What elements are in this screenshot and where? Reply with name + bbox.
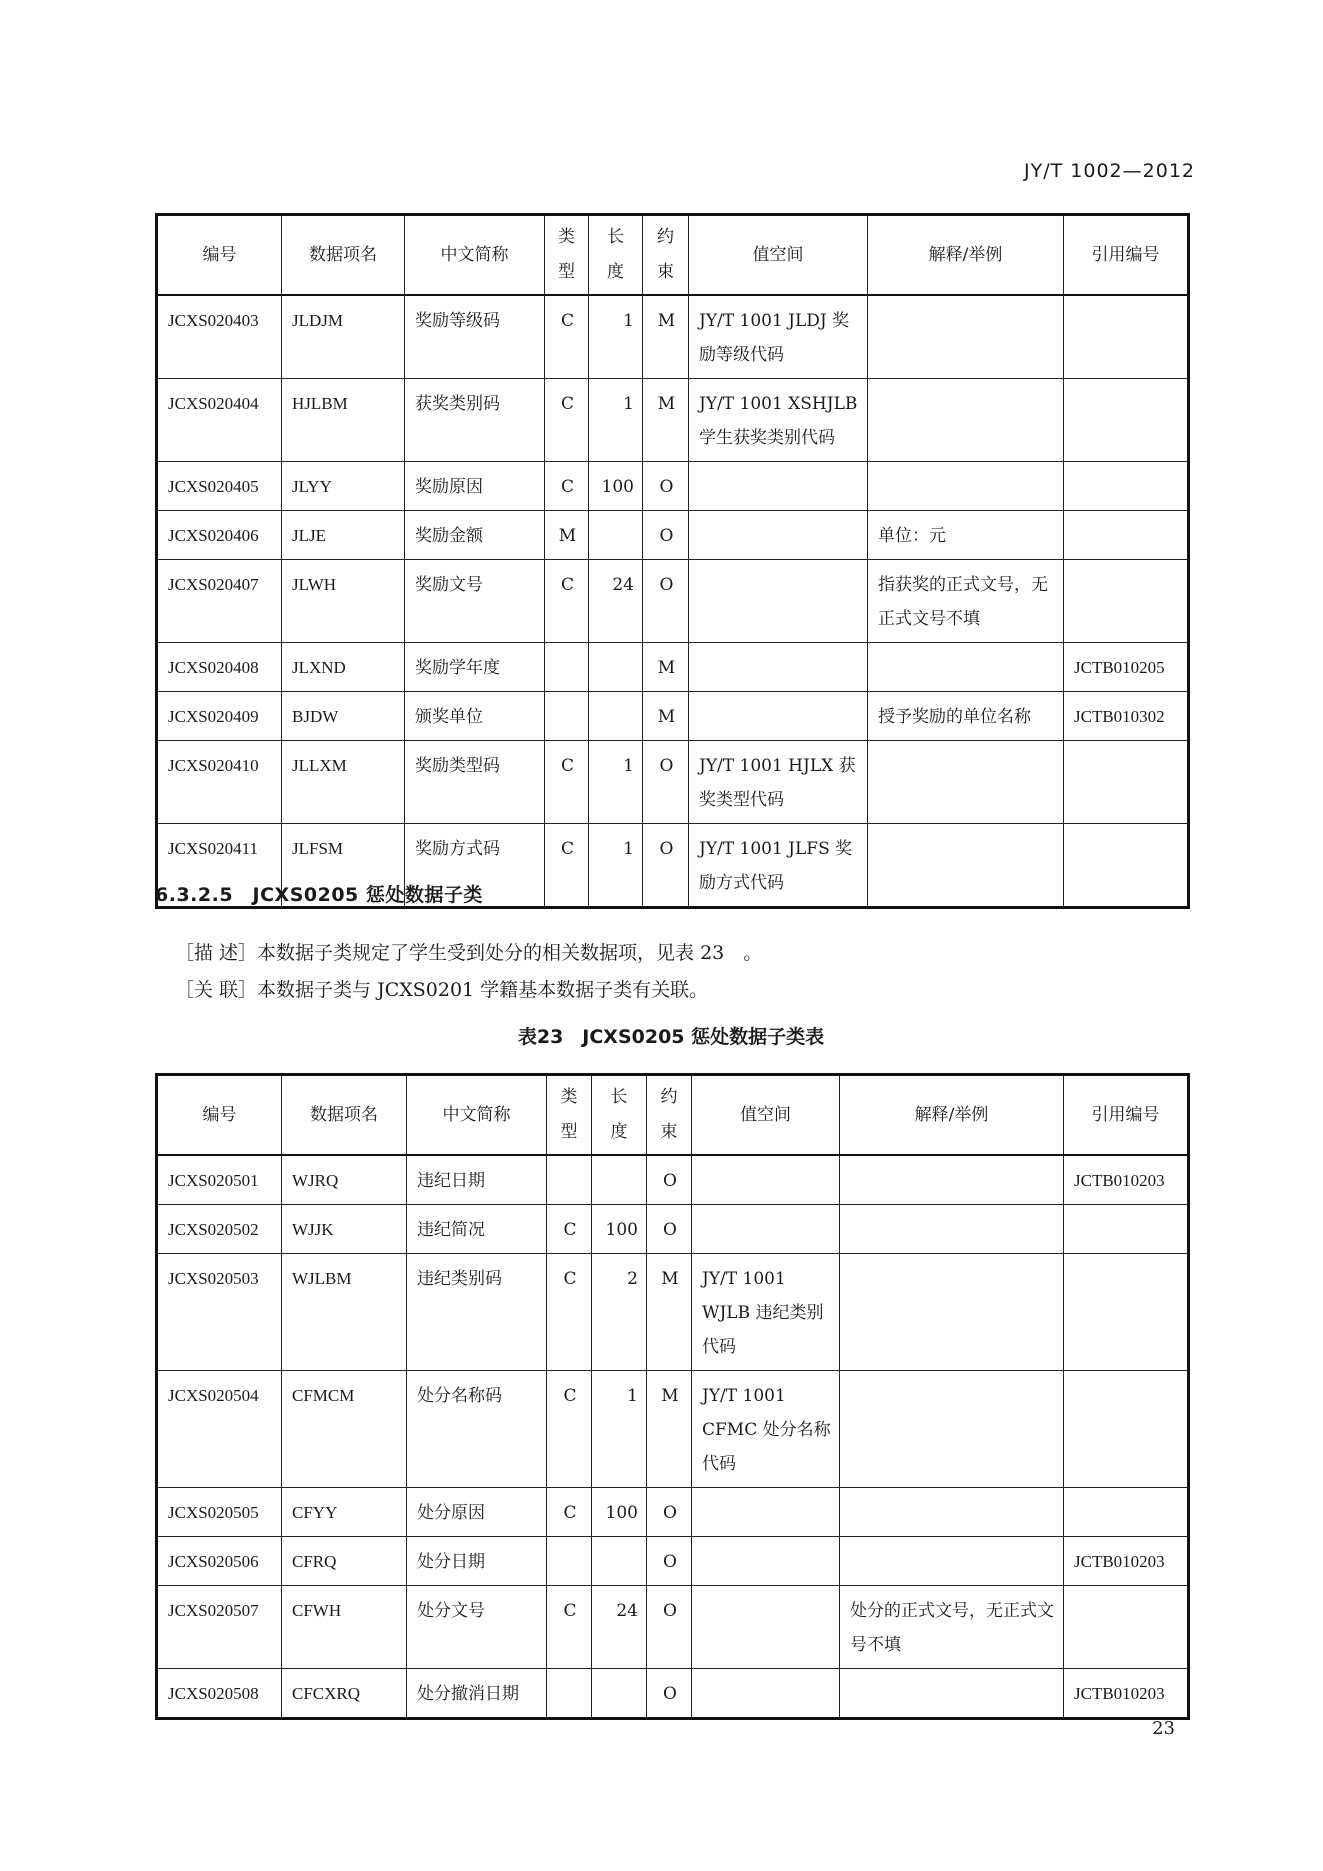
cell-cons: M: [643, 379, 689, 462]
col-header: 编号: [157, 1075, 282, 1156]
cell-name: WJLBM: [282, 1254, 407, 1371]
cell-cons: M: [647, 1371, 692, 1488]
cell-cons: M: [643, 295, 689, 379]
cell-cn: 处分撤消日期: [407, 1669, 547, 1719]
cell-name: CFMCM: [282, 1371, 407, 1488]
cell-value: [689, 560, 868, 643]
cell-value: [689, 511, 868, 560]
cell-value: [692, 1669, 840, 1719]
cell-id: JCXS020506: [157, 1537, 282, 1586]
cell-cn: 奖励等级码: [405, 295, 545, 379]
cell-type: C: [545, 560, 589, 643]
cell-note: [868, 741, 1064, 824]
cell-cons: O: [643, 511, 689, 560]
col-header: 引用编号: [1064, 215, 1189, 296]
cell-note: 授予奖励的单位名称: [868, 692, 1064, 741]
cell-id: JCXS020507: [157, 1586, 282, 1669]
col-header: 值空间: [692, 1075, 840, 1156]
cell-id: JCXS020406: [157, 511, 282, 560]
cell-ref: JCTB010302: [1064, 692, 1189, 741]
cell-value: JY/T 1001 WJLB 违纪类别代码: [692, 1254, 840, 1371]
cell-name: JLJE: [282, 511, 405, 560]
cell-len: 100: [589, 462, 643, 511]
cell-type: C: [545, 824, 589, 908]
cell-name: JLLXM: [282, 741, 405, 824]
cell-note: 指获奖的正式文号，无正式文号不填: [868, 560, 1064, 643]
table-row: JCXS020404HJLBM获奖类别码C1MJY/T 1001 XSHJLB …: [157, 379, 1189, 462]
cell-len: [589, 643, 643, 692]
cell-ref: [1064, 295, 1189, 379]
cell-value: JY/T 1001 CFMC 处分名称代码: [692, 1371, 840, 1488]
description-paragraph: ［描 述］本数据子类规定了学生受到处分的相关数据项，见表 23 。: [175, 938, 762, 965]
cell-type: C: [545, 741, 589, 824]
cell-cn: 处分日期: [407, 1537, 547, 1586]
cell-cons: M: [643, 643, 689, 692]
table-caption: 表23 JCXS0205 惩处数据子类表: [0, 1022, 1323, 1049]
cell-type: C: [547, 1586, 592, 1669]
cell-note: [868, 379, 1064, 462]
cell-name: CFCXRQ: [282, 1669, 407, 1719]
cell-cn: 处分文号: [407, 1586, 547, 1669]
cell-cn: 违纪日期: [407, 1155, 547, 1205]
table-header-row: 编号 数据项名 中文简称 类 型 长 度 约 束 值空间 解释/举例 引用编号: [157, 215, 1189, 296]
cell-cons: O: [643, 824, 689, 908]
cell-type: [547, 1669, 592, 1719]
cell-name: JLYY: [282, 462, 405, 511]
table-row: JCXS020406JLJE奖励金额MO单位：元: [157, 511, 1189, 560]
col-header: 解释/举例: [840, 1075, 1064, 1156]
cell-len: [589, 511, 643, 560]
cell-len: [592, 1537, 647, 1586]
punishment-data-table: 编号 数据项名 中文简称 类 型 长 度 约 束 值空间 解释/举例 引用编号 …: [155, 1073, 1190, 1720]
cell-type: C: [545, 379, 589, 462]
cell-cons: O: [647, 1586, 692, 1669]
cell-cons: O: [643, 462, 689, 511]
cell-len: 100: [592, 1205, 647, 1254]
cell-note: [868, 462, 1064, 511]
cell-cn: 颁奖单位: [405, 692, 545, 741]
cell-ref: [1064, 1488, 1189, 1537]
cell-cn: 奖励原因: [405, 462, 545, 511]
cell-ref: [1064, 1586, 1189, 1669]
cell-ref: [1064, 1371, 1189, 1488]
cell-name: CFRQ: [282, 1537, 407, 1586]
cell-note: [840, 1669, 1064, 1719]
cell-cn: 处分名称码: [407, 1371, 547, 1488]
reward-data-table: 编号 数据项名 中文简称 类 型 长 度 约 束 值空间 解释/举例 引用编号 …: [155, 213, 1190, 909]
table-row: JCXS020507CFWH处分文号C24O处分的正式文号，无正式文号不填: [157, 1586, 1189, 1669]
col-header: 值空间: [689, 215, 868, 296]
table-row: JCXS020407JLWH奖励文号C24O指获奖的正式文号，无正式文号不填: [157, 560, 1189, 643]
cell-id: JCXS020405: [157, 462, 282, 511]
table-row: JCXS020501WJRQ违纪日期OJCTB010203: [157, 1155, 1189, 1205]
col-header: 类 型: [545, 215, 589, 296]
table-header-row: 编号 数据项名 中文简称 类 型 长 度 约 束 值空间 解释/举例 引用编号: [157, 1075, 1189, 1156]
cell-value: [692, 1205, 840, 1254]
cell-len: [589, 692, 643, 741]
cell-value: [692, 1586, 840, 1669]
cell-ref: [1064, 1254, 1189, 1371]
cell-name: JLXND: [282, 643, 405, 692]
table-row: JCXS020403JLDJM奖励等级码C1MJY/T 1001 JLDJ 奖励…: [157, 295, 1189, 379]
cell-cn: 违纪类别码: [407, 1254, 547, 1371]
standard-code: JY/T 1002—2012: [1024, 160, 1195, 182]
cell-value: JY/T 1001 JLFS 奖励方式代码: [689, 824, 868, 908]
cell-type: M: [545, 511, 589, 560]
cell-id: JCXS020403: [157, 295, 282, 379]
cell-id: JCXS020502: [157, 1205, 282, 1254]
cell-cons: O: [643, 741, 689, 824]
cell-cn: 奖励类型码: [405, 741, 545, 824]
col-header: 数据项名: [282, 1075, 407, 1156]
cell-len: 1: [589, 379, 643, 462]
cell-ref: [1064, 511, 1189, 560]
cell-id: JCXS020409: [157, 692, 282, 741]
cell-cons: O: [647, 1488, 692, 1537]
cell-cons: M: [647, 1254, 692, 1371]
cell-cn: 奖励金额: [405, 511, 545, 560]
table-row: JCXS020410JLLXM奖励类型码C1OJY/T 1001 HJLX 获奖…: [157, 741, 1189, 824]
cell-ref: JCTB010205: [1064, 643, 1189, 692]
cell-len: 2: [592, 1254, 647, 1371]
table-row: JCXS020405JLYY奖励原因C100O: [157, 462, 1189, 511]
cell-ref: [1064, 560, 1189, 643]
cell-note: [840, 1488, 1064, 1537]
cell-cn: 获奖类别码: [405, 379, 545, 462]
col-header: 长 度: [589, 215, 643, 296]
cell-id: JCXS020504: [157, 1371, 282, 1488]
col-header: 长 度: [592, 1075, 647, 1156]
cell-note: [868, 643, 1064, 692]
cell-value: [689, 692, 868, 741]
cell-id: JCXS020508: [157, 1669, 282, 1719]
cell-name: HJLBM: [282, 379, 405, 462]
cell-ref: [1064, 824, 1189, 908]
cell-value: [689, 462, 868, 511]
cell-ref: JCTB010203: [1064, 1155, 1189, 1205]
col-header: 编号: [157, 215, 282, 296]
cell-type: C: [547, 1371, 592, 1488]
cell-cn: 奖励学年度: [405, 643, 545, 692]
cell-type: C: [547, 1488, 592, 1537]
cell-note: [868, 824, 1064, 908]
cell-ref: [1064, 741, 1189, 824]
cell-name: CFWH: [282, 1586, 407, 1669]
cell-type: [545, 643, 589, 692]
cell-note: 处分的正式文号，无正式文号不填: [840, 1586, 1064, 1669]
cell-name: JLDJM: [282, 295, 405, 379]
table-row: JCXS020408JLXND奖励学年度MJCTB010205: [157, 643, 1189, 692]
cell-len: 1: [592, 1371, 647, 1488]
cell-ref: [1064, 1205, 1189, 1254]
cell-len: 1: [589, 295, 643, 379]
cell-type: C: [547, 1205, 592, 1254]
col-header: 中文简称: [405, 215, 545, 296]
cell-cons: O: [647, 1205, 692, 1254]
col-header: 约 束: [643, 215, 689, 296]
cell-ref: JCTB010203: [1064, 1669, 1189, 1719]
cell-id: JCXS020501: [157, 1155, 282, 1205]
cell-value: JY/T 1001 HJLX 获奖类型代码: [689, 741, 868, 824]
cell-len: [592, 1155, 647, 1205]
cell-len: 1: [589, 824, 643, 908]
cell-name: WJRQ: [282, 1155, 407, 1205]
cell-type: C: [545, 462, 589, 511]
cell-value: JY/T 1001 JLDJ 奖励等级代码: [689, 295, 868, 379]
cell-type: C: [547, 1254, 592, 1371]
relation-paragraph: ［关 联］本数据子类与 JCXS0201 学籍基本数据子类有关联。: [175, 975, 708, 1002]
cell-cn: 处分原因: [407, 1488, 547, 1537]
cell-note: [840, 1155, 1064, 1205]
cell-note: 单位：元: [868, 511, 1064, 560]
cell-note: [840, 1205, 1064, 1254]
table-row: JCXS020409BJDW颁奖单位M授予奖励的单位名称JCTB010302: [157, 692, 1189, 741]
section-title: 6.3.2.5 JCXS0205 惩处数据子类: [155, 880, 483, 907]
col-header: 类 型: [547, 1075, 592, 1156]
cell-note: [840, 1371, 1064, 1488]
cell-note: [868, 295, 1064, 379]
cell-name: CFYY: [282, 1488, 407, 1537]
cell-cn: 奖励文号: [405, 560, 545, 643]
cell-id: JCXS020407: [157, 560, 282, 643]
col-header: 中文简称: [407, 1075, 547, 1156]
cell-type: [547, 1537, 592, 1586]
cell-id: JCXS020408: [157, 643, 282, 692]
cell-len: 100: [592, 1488, 647, 1537]
cell-id: JCXS020410: [157, 741, 282, 824]
table-row: JCXS020504CFMCM处分名称码C1MJY/T 1001 CFMC 处分…: [157, 1371, 1189, 1488]
cell-ref: [1064, 462, 1189, 511]
col-header: 解释/举例: [868, 215, 1064, 296]
table-row: JCXS020506CFRQ处分日期OJCTB010203: [157, 1537, 1189, 1586]
col-header: 约 束: [647, 1075, 692, 1156]
cell-len: [592, 1669, 647, 1719]
table-row: JCXS020508CFCXRQ处分撤消日期OJCTB010203: [157, 1669, 1189, 1719]
cell-value: [692, 1488, 840, 1537]
cell-ref: JCTB010203: [1064, 1537, 1189, 1586]
cell-cons: O: [647, 1537, 692, 1586]
table-row: JCXS020502WJJK违纪简况C100O: [157, 1205, 1189, 1254]
cell-id: JCXS020404: [157, 379, 282, 462]
col-header: 数据项名: [282, 215, 405, 296]
cell-name: WJJK: [282, 1205, 407, 1254]
cell-cons: O: [647, 1669, 692, 1719]
table-row: JCXS020503WJLBM违纪类别码C2MJY/T 1001 WJLB 违纪…: [157, 1254, 1189, 1371]
table-row: JCXS020505CFYY处分原因C100O: [157, 1488, 1189, 1537]
cell-cons: M: [643, 692, 689, 741]
cell-value: [692, 1155, 840, 1205]
cell-len: 24: [589, 560, 643, 643]
col-header: 引用编号: [1064, 1075, 1189, 1156]
cell-note: [840, 1254, 1064, 1371]
cell-len: 24: [592, 1586, 647, 1669]
cell-value: JY/T 1001 XSHJLB 学生获奖类别代码: [689, 379, 868, 462]
cell-id: JCXS020503: [157, 1254, 282, 1371]
cell-type: [547, 1155, 592, 1205]
cell-value: [692, 1537, 840, 1586]
cell-name: BJDW: [282, 692, 405, 741]
cell-len: 1: [589, 741, 643, 824]
cell-type: C: [545, 295, 589, 379]
cell-cons: O: [643, 560, 689, 643]
cell-name: JLWH: [282, 560, 405, 643]
cell-note: [840, 1537, 1064, 1586]
cell-type: [545, 692, 589, 741]
page-number: 23: [1152, 1718, 1175, 1739]
cell-cons: O: [647, 1155, 692, 1205]
cell-value: [689, 643, 868, 692]
cell-cn: 违纪简况: [407, 1205, 547, 1254]
cell-ref: [1064, 379, 1189, 462]
cell-id: JCXS020505: [157, 1488, 282, 1537]
